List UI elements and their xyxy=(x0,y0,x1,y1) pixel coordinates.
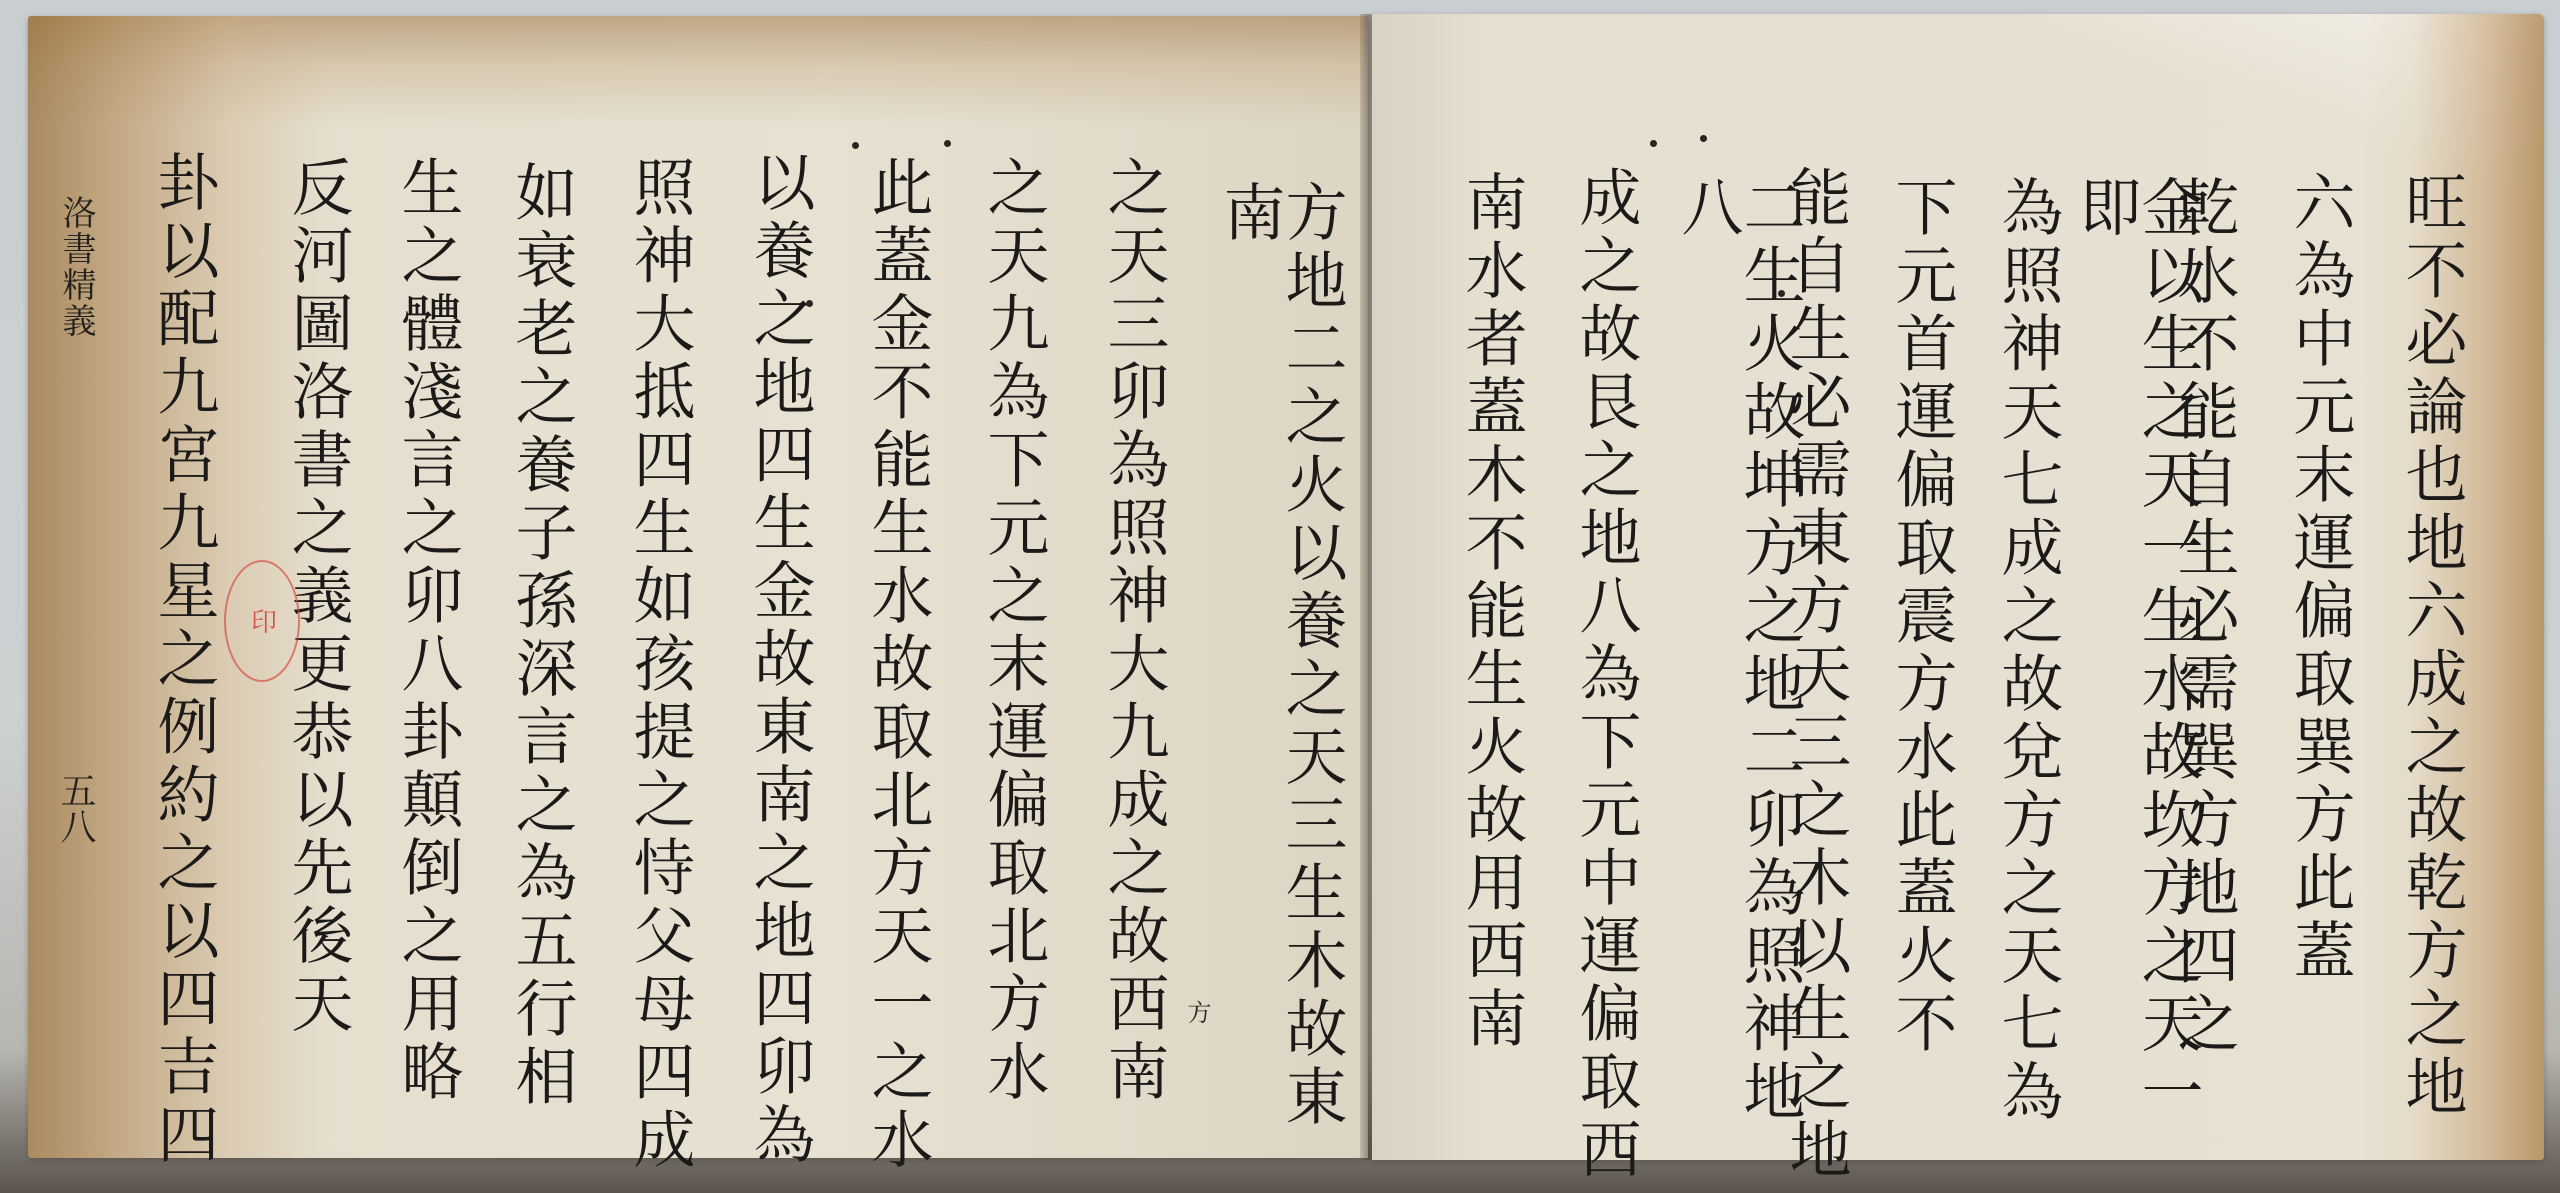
left-column-8: 生之體淺言之卯八卦顛倒之用略 xyxy=(396,155,458,1107)
right-column-5: 為照神天七成之故兌方之天七為 xyxy=(1996,175,2058,1127)
open-book: 方地二之火以養之天三生木故東南 之天三卯為照神大九成之故西南 之天九為下元之末運… xyxy=(0,0,2560,1193)
punctuation-dot xyxy=(852,142,859,149)
right-page xyxy=(1372,14,2544,1160)
left-column-7: 如衰老之養子孫深言之為五行相 xyxy=(510,160,572,1112)
left-margin-note: 方 xyxy=(1180,1000,1215,1024)
punctuation-dot xyxy=(1778,290,1785,297)
right-column-4: 金以生之天一生水故坎方之天一即 xyxy=(2074,175,2198,1193)
left-column-2: 之天三卯為照神大九成之故西南 xyxy=(1102,155,1164,1107)
stitch-hole xyxy=(1700,135,1707,142)
stitch-hole xyxy=(1650,140,1657,147)
right-column-6: 下元首運偏取震方水此蓋火不 xyxy=(1890,175,1952,1059)
red-seal-stamp: 印 xyxy=(224,560,300,682)
left-column-5: 以養之地四生金故東南之地四卯為 xyxy=(748,150,810,1170)
punctuation-dot xyxy=(806,300,813,307)
right-column-8: 二生火故坤方之地二卯為照神地八 xyxy=(1676,175,1800,1193)
left-column-3: 之天九為下元之末運偏取北方水 xyxy=(982,155,1044,1107)
seal-text: 印 xyxy=(244,608,281,634)
right-column-9: 成之故艮之地八為下元中運偏取西 xyxy=(1574,165,1636,1185)
right-column-2: 六為中元末運偏取巽方此蓋 xyxy=(2288,170,2350,986)
left-column-10: 卦以配九宮九星之例約之以四吉四 xyxy=(152,150,214,1170)
margin-title: 洛書精義 xyxy=(52,195,101,339)
left-column-6: 照神大抵四生如孩提之恃父母四成 xyxy=(628,155,690,1175)
left-column-1: 方地二之火以養之天三生木故東南 xyxy=(1218,180,1342,1193)
right-column-10: 南水者蓋木不能生火故用西南 xyxy=(1460,170,1522,1054)
left-column-4: 此蓋金不能生水故取北方天一之水 xyxy=(866,155,928,1175)
folio-number: 五八 xyxy=(50,772,101,844)
punctuation-dot xyxy=(944,140,951,147)
right-column-1: 旺不必論也地六成之故乾方之地 xyxy=(2400,170,2462,1122)
